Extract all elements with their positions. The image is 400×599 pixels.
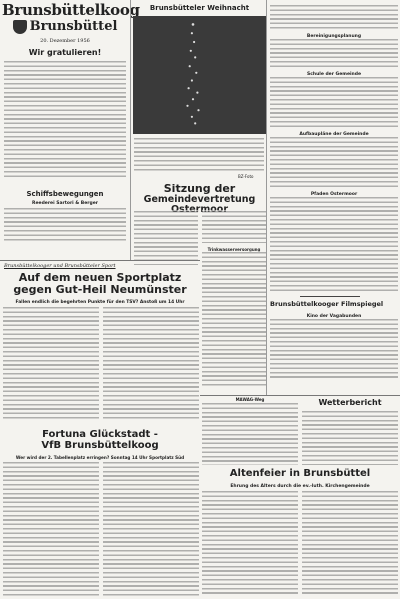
wetterbericht-heading: Wetterbericht (302, 398, 398, 407)
sports-banner: Brunsbüttelkooger und Brunsbütteler Spor… (4, 263, 134, 269)
schiffsbewegungen-body (4, 207, 126, 243)
filmspiegel-heading: Brunsbüttelkooger Filmspiegel (270, 300, 400, 308)
bereinigung-body (270, 38, 398, 68)
sitzung-body-col1 (134, 210, 198, 265)
filmspiegel-body (270, 318, 398, 380)
sport-article2-body-col1 (3, 461, 99, 596)
schiffsbewegungen-subheading: Reederei Sartori & Berger (2, 201, 128, 206)
sport-article1-body-col1 (3, 306, 99, 421)
photo-credit: BZ-Foto (238, 174, 253, 179)
sport-article1-title-line1: Auf dem neuen Sportplatz (0, 272, 200, 284)
sport-article2-title-line1: Fortuna Glückstadt - (0, 430, 200, 441)
schule-body (270, 76, 398, 128)
sitzung-body-col2 (202, 210, 266, 243)
sport-article2-subtitle: Wer wird der 2. Tabellenplatz erringen? … (0, 455, 200, 460)
schiffsbewegungen-heading: Schiffsbewegungen (2, 190, 128, 198)
sport-article1-subtitle: Fallen endlich die begehrten Punkte für … (0, 300, 200, 305)
trinkwasser-body (202, 251, 266, 386)
christmas-tree-photo (133, 16, 266, 134)
sport-article2-title-line2: VfB Brunsbüttelkoog (0, 441, 200, 452)
photo-caption (134, 137, 264, 173)
altenfeier-title: Altenfeier in Brunsbüttel (200, 469, 400, 480)
aufbauplaene-body (270, 136, 398, 188)
masthead-title-line2-text: Brunsbüttel (30, 19, 118, 34)
right-article-intro (270, 4, 398, 30)
mawag-body (202, 402, 298, 465)
masthead-title-line1: Brunsbüttelkoog (2, 2, 128, 19)
christmas-tree-icon (178, 20, 208, 130)
sitzung-title-line1: Sitzung der (132, 183, 267, 195)
sport-article2-body-col2 (103, 461, 199, 596)
divider (0, 260, 200, 261)
column-divider (130, 0, 131, 260)
masthead-title-line2: Brunsbüttel (2, 19, 128, 34)
masthead: Brunsbüttelkoog Brunsbüttel 20. Dezember… (2, 2, 128, 44)
sport-article1-title-line2: gegen Gut-Heil Neumünster (0, 284, 200, 296)
sport-article1-body-col2 (103, 306, 199, 421)
divider (300, 296, 360, 297)
pfaden-body (270, 196, 398, 291)
altenfeier-body-col2 (302, 490, 398, 595)
sport-article2-title: Fortuna Glückstadt - VfB Brunsbüttelkoog (0, 430, 200, 451)
gratulieren-heading: Wir gratulieren! (2, 48, 128, 57)
wetterbericht-body (302, 410, 398, 465)
gratulieren-body (4, 60, 126, 180)
altenfeier-subtitle: Ehrung des Alters durch die ev.-luth. Ki… (200, 484, 400, 489)
sport-article1-title: Auf dem neuen Sportplatz gegen Gut-Heil … (0, 272, 200, 295)
issue-date: 20. Dezember 1956 (2, 38, 128, 44)
weihnacht-heading: Brunsbütteler Weihnacht (133, 4, 266, 12)
divider (200, 395, 400, 396)
altenfeier-body-col1 (202, 490, 298, 595)
coat-of-arms-icon (13, 20, 27, 34)
